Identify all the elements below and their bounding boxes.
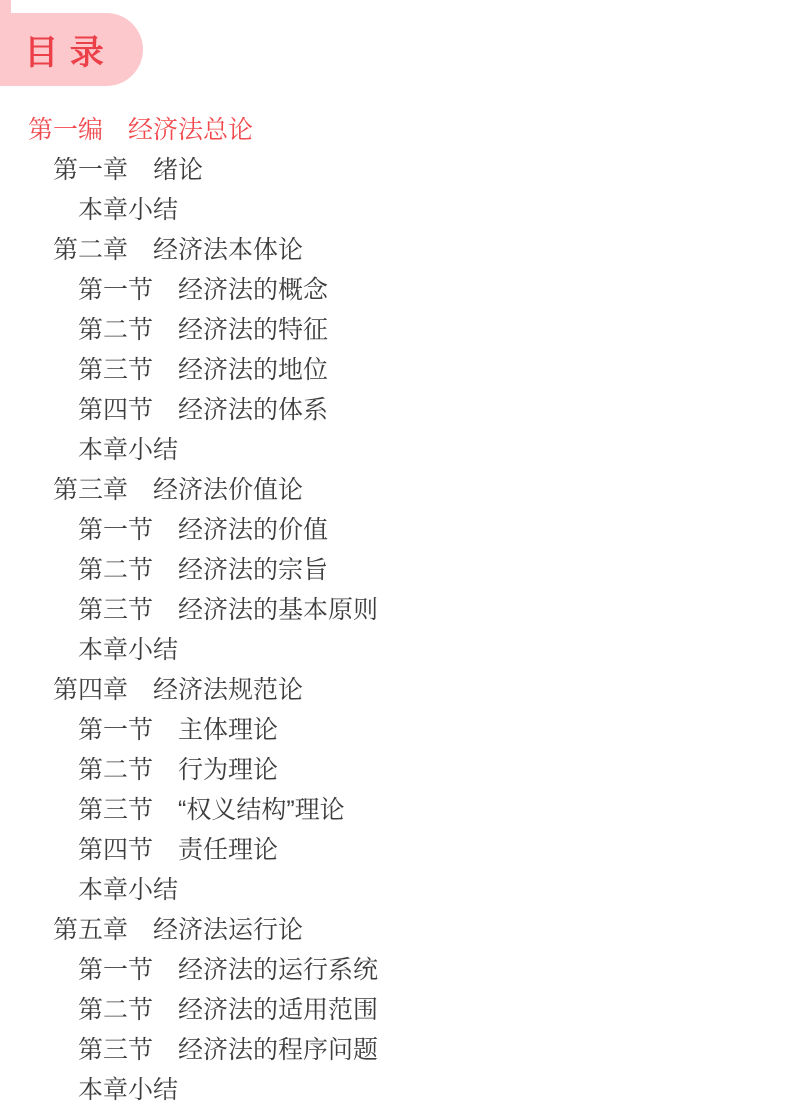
toc-entry[interactable]: 第二节 行为理论 — [0, 750, 790, 790]
toc-header: 目 录 — [0, 0, 790, 86]
toc-entry[interactable]: 第四节 责任理论 — [0, 830, 790, 870]
toc-entry[interactable]: 第一节 经济法的概念 — [0, 270, 790, 310]
toc-entry[interactable]: 第一节 经济法的价值 — [0, 510, 790, 550]
toc-entry[interactable]: 本章小结 — [0, 1070, 790, 1108]
toc-entry[interactable]: 第二节 经济法的特征 — [0, 310, 790, 350]
toc-entry[interactable]: 第三节 经济法的程序问题 — [0, 1030, 790, 1070]
toc-entry[interactable]: 第四章 经济法规范论 — [0, 670, 790, 710]
toc-entry[interactable]: 第二章 经济法本体论 — [0, 230, 790, 270]
toc-entry[interactable]: 第三节 “权义结构”理论 — [0, 790, 790, 830]
toc-entry[interactable]: 第三章 经济法价值论 — [0, 470, 790, 510]
toc-badge: 目 录 — [0, 13, 143, 86]
toc-entry[interactable]: 第一节 主体理论 — [0, 710, 790, 750]
toc-entry[interactable]: 本章小结 — [0, 430, 790, 470]
toc-part-heading[interactable]: 第一编 经济法总论 — [0, 110, 790, 150]
toc-entry[interactable]: 第三节 经济法的基本原则 — [0, 590, 790, 630]
toc-badge-label: 目 录 — [24, 25, 104, 74]
toc-entry[interactable]: 第三节 经济法的地位 — [0, 350, 790, 390]
toc-list: 第一编 经济法总论第一章 绪论本章小结第二章 经济法本体论第一节 经济法的概念第… — [0, 110, 790, 1108]
toc-entry[interactable]: 本章小结 — [0, 190, 790, 230]
toc-entry[interactable]: 第四节 经济法的体系 — [0, 390, 790, 430]
toc-entry[interactable]: 本章小结 — [0, 870, 790, 910]
toc-entry[interactable]: 第一章 绪论 — [0, 150, 790, 190]
toc-entry[interactable]: 第二节 经济法的宗旨 — [0, 550, 790, 590]
toc-entry[interactable]: 第一节 经济法的运行系统 — [0, 950, 790, 990]
toc-entry[interactable]: 第二节 经济法的适用范围 — [0, 990, 790, 1030]
toc-entry[interactable]: 本章小结 — [0, 630, 790, 670]
toc-entry[interactable]: 第五章 经济法运行论 — [0, 910, 790, 950]
